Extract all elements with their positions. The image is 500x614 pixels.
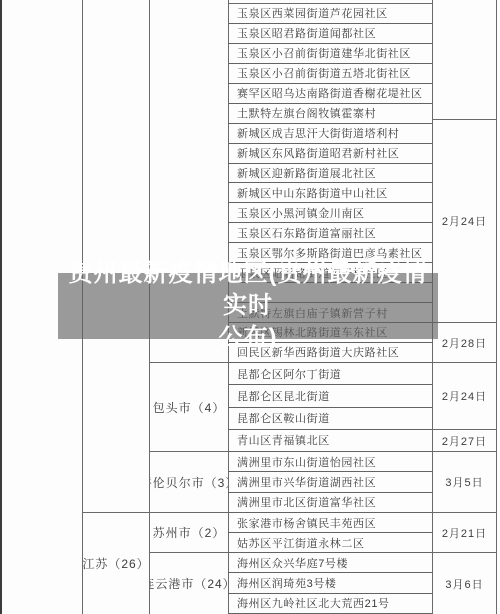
province-cell: 江苏（26）	[83, 513, 149, 614]
region-row: 新城区中山东路街道中山社区	[228, 183, 432, 203]
region-row: 昆都仑区鞍山街道	[228, 408, 432, 430]
region-section-hulunbuir: 满洲里市东山街道怡园社区满洲里市兴华街道湖西社区满洲里市北区街道富华社区	[228, 452, 432, 513]
region-row: 满洲里市东山街道怡园社区	[228, 452, 432, 472]
province-cell	[83, 0, 149, 513]
region-section-lianyungang: 海州区众兴华庭7号楼海州区润琦苑3号楼海州区九岭社区北大荒西21号	[228, 553, 432, 614]
headline-line-2: 公布)	[58, 322, 438, 354]
region-row: 玉泉区小召前街街道五塔北街社区	[228, 64, 432, 84]
date-cell: 2月21日	[433, 513, 496, 553]
region-row: 昆都仑区昆北街道	[228, 385, 432, 407]
date-cell	[433, 0, 496, 120]
region-row: 新城区迎新路街道展北社区	[228, 164, 432, 184]
region-row: 土默特左旗台阁牧镇霍寨村	[228, 104, 432, 124]
region-row: 海州区润琦苑3号楼	[228, 573, 432, 593]
region-row: 昆都仑区阿尔丁街道	[228, 363, 432, 385]
city-cell: 呼伦贝尔市（3）	[150, 452, 228, 513]
region-section-suzhou: 张家港市杨舍镇民丰苑西区姑苏区平江街道永林二区	[228, 513, 432, 553]
region-row: 玉泉区小召前街街道建华北街社区	[228, 44, 432, 64]
region-row: 青山区青福镇北区	[228, 430, 432, 452]
region-row: 玉泉区小黑河镇金川南区	[228, 203, 432, 223]
date-cell: 3月5日	[433, 452, 496, 513]
headline-overlay: 贵州最新疫情地区(贵州最新疫情实时 公布)	[58, 273, 438, 339]
region-row: 张家港市杨舍镇民丰苑西区	[228, 513, 432, 533]
epidemic-area-table-screenshot: 江苏（26） 包头市（4） 呼伦贝尔市（3） 苏州市（2） 连云港市（24） 玉…	[0, 0, 500, 614]
region-row: 玉泉区昭君路街道闻都社区	[228, 24, 432, 44]
date-cell: 2月24日	[433, 363, 496, 430]
region-row: 姑苏区平江街道永林二区	[228, 533, 432, 553]
region-row: 满洲里市北区街道富华社区	[228, 493, 432, 513]
date-cell: 3月6日	[433, 553, 496, 614]
region-row: 新城区成吉思汗大街街道塔利村	[228, 124, 432, 144]
region-section-baotou: 昆都仑区阿尔丁街道昆都仑区昆北街道昆都仑区鞍山街道青山区青福镇北区	[228, 363, 432, 452]
city-cell: 苏州市（2）	[150, 513, 228, 553]
region-row: 海州区众兴华庭7号楼	[228, 553, 432, 573]
date-column: 2月24日 2月28日 2月24日 2月27日 3月5日 2月21日 3月6日	[433, 0, 496, 614]
date-cell: 2月24日	[433, 120, 496, 323]
city-cell: 包头市（4）	[150, 363, 228, 452]
region-row: 玉泉区西菜园街道芦花园社区	[228, 4, 432, 24]
headline-line-1: 贵州最新疫情地区(贵州最新疫情实时	[58, 258, 438, 322]
table-outer-right-border	[496, 0, 497, 614]
region-row: 赛罕区昭乌达南路街道香榭花堤社区	[228, 84, 432, 104]
region-row: 海州区九岭社区北大荒西21号	[228, 594, 432, 614]
region-row: 满洲里市兴华街道湖西社区	[228, 472, 432, 492]
date-cell: 2月28日	[433, 323, 496, 363]
date-cell: 2月27日	[433, 430, 496, 452]
region-row: 新城区东风路街道昭君新村社区	[228, 144, 432, 164]
region-row: 玉泉区石东路街道富丽社区	[228, 223, 432, 243]
city-cell: 连云港市（24）	[150, 553, 228, 614]
